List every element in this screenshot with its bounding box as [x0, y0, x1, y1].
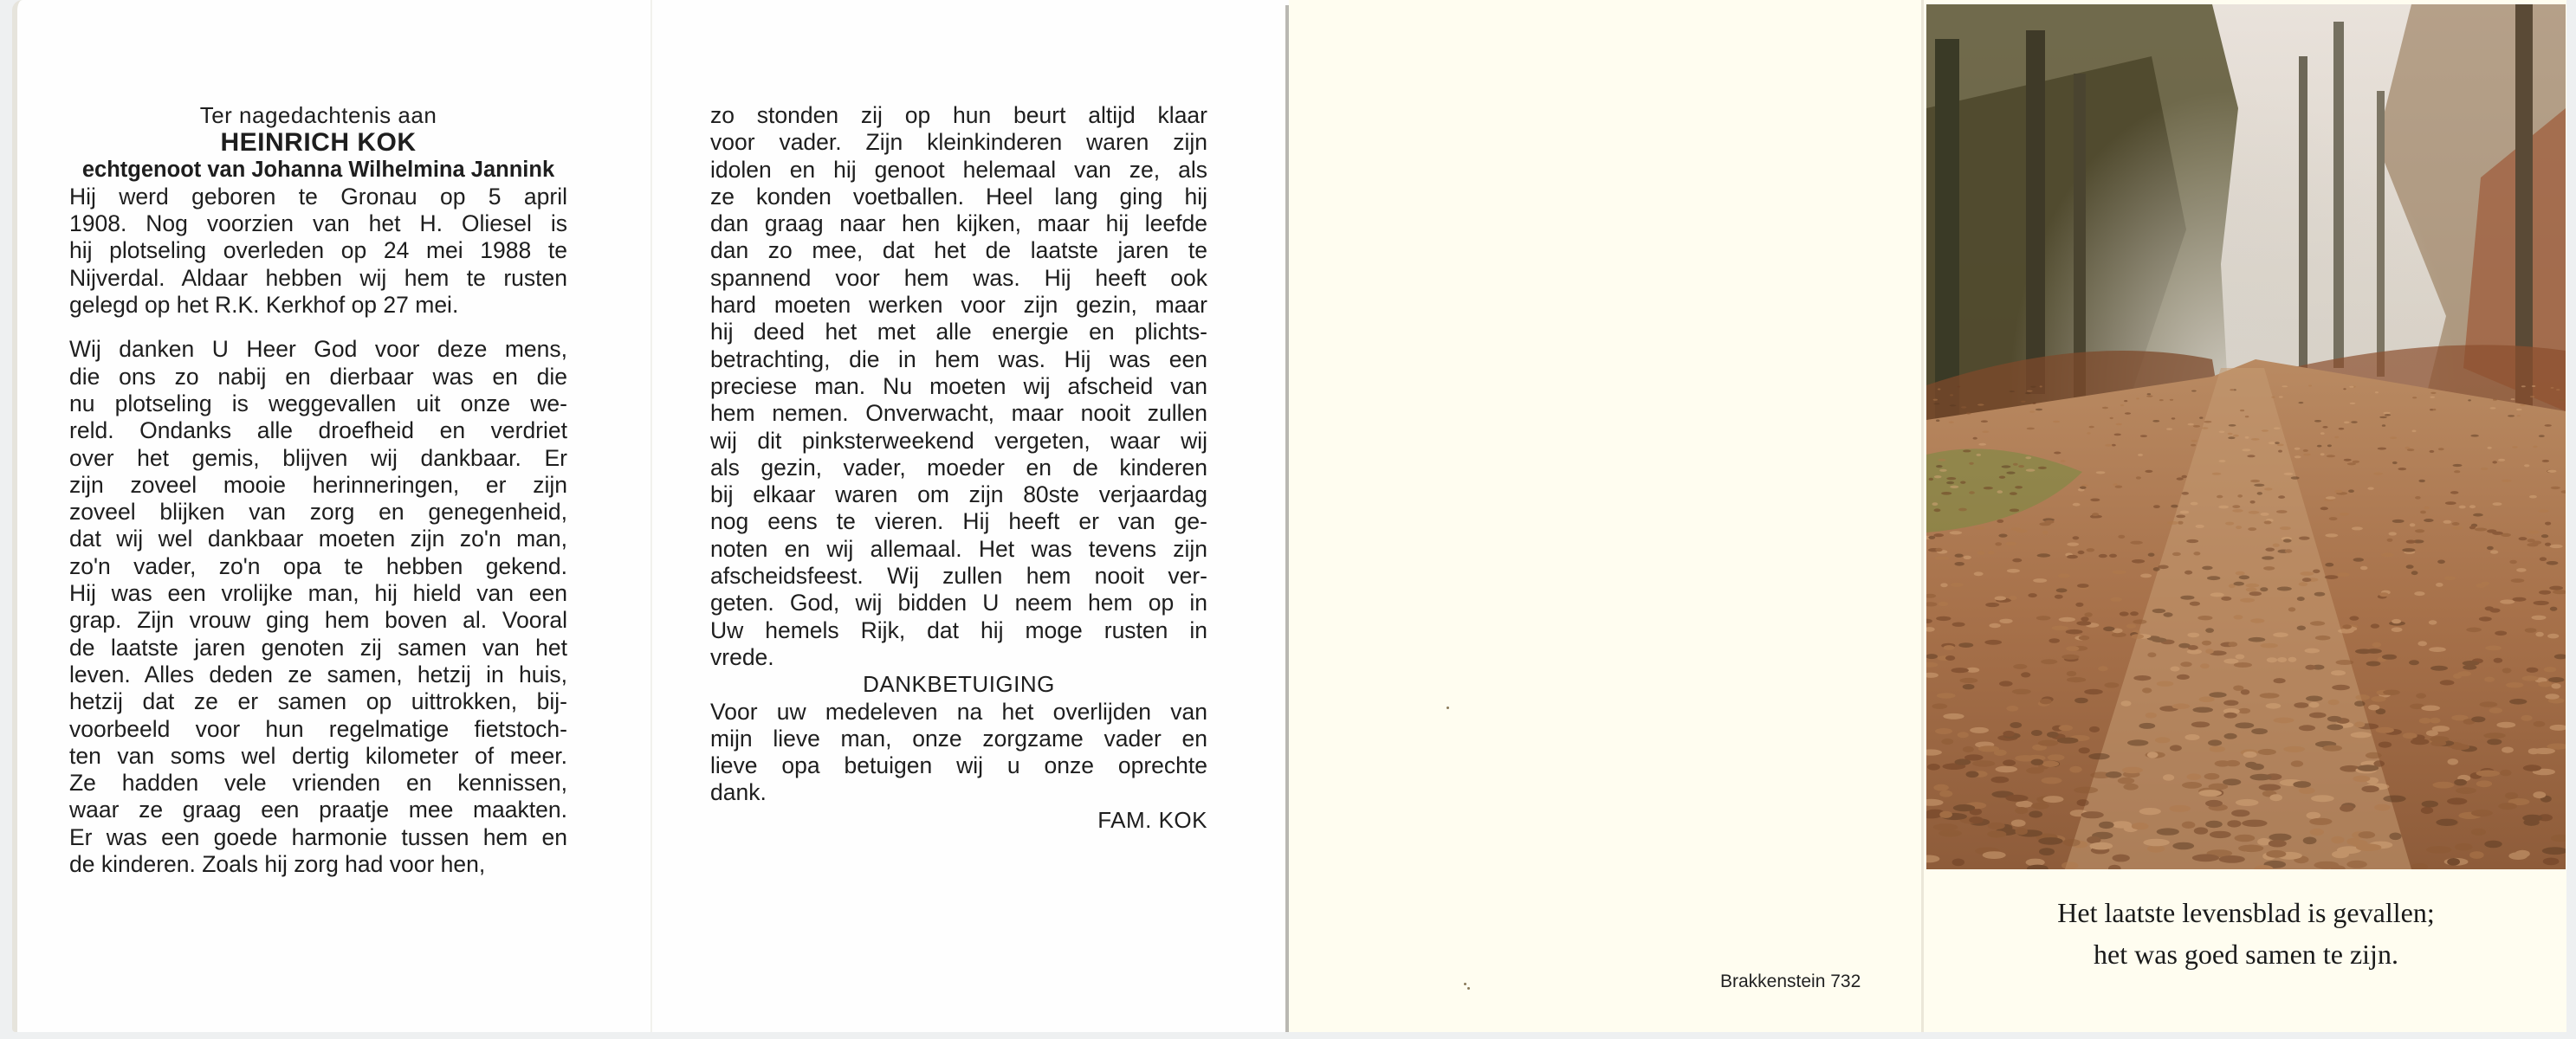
biography: Hij werd geboren te Gronau op 5 april190… — [69, 184, 567, 878]
text-line: dan zo mee, dat het de laatste jaren te — [710, 237, 1207, 264]
text-line: hij deed het met alle energie en plichts… — [710, 319, 1207, 345]
text-line: als gezin, vader, moeder en de kinderen — [710, 455, 1207, 481]
text-line: dank. — [710, 779, 1207, 806]
paper-speck — [1447, 707, 1449, 709]
text-line: Ze hadden vele vrienden en kennissen, — [69, 770, 567, 797]
text-line: zijn zoveel mooie herinneringen, er zijn — [69, 472, 567, 499]
column-right: zo stonden zij op hun beurt altijd klaar… — [710, 102, 1207, 834]
text-line: hem nemen. Onverwacht, maar nooit zullen — [710, 400, 1207, 427]
text-line: vrede. — [710, 644, 1207, 671]
center-crease — [650, 0, 652, 1032]
text-line: ze konden voetballen. Heel lang ging hij — [710, 184, 1207, 210]
quote-line-1: Het laatste levensblad is gevallen; — [1926, 892, 2566, 933]
text-line: zoveel blijken van zorg en genegenheid, — [69, 499, 567, 526]
text-line: Er was een goede harmonie tussen hem en — [69, 824, 567, 851]
text-line: Voor uw medeleven na het overlijden van — [710, 699, 1207, 726]
text-line: Wij danken U Heer God voor deze mens, — [69, 336, 567, 363]
paper-speck — [1464, 983, 1466, 985]
spouse-line: echtgenoot van Johanna Wilhelmina Jannin… — [69, 157, 567, 184]
text-line: wij dit pinksterweekend vergeten, waar w… — [710, 428, 1207, 455]
text-line: preciese man. Nu moeten wij afscheid van — [710, 373, 1207, 400]
deceased-name: HEINRICH KOK — [69, 129, 567, 156]
autumn-path-image — [1926, 4, 2566, 869]
quote-line-2: het was goed samen te zijn. — [1926, 933, 2566, 975]
text-line: nog eens te vieren. Hij heeft er van ge- — [710, 508, 1207, 535]
text-line: voorbeeld voor hun regelmatige fietstoch… — [69, 716, 567, 743]
text-line: nu plotseling is weggevallen uit onze we… — [69, 390, 567, 417]
text-line: de laatste jaren genoten zij samen van h… — [69, 635, 567, 661]
text-line: waar ze graag een praatje mee maakten. — [69, 797, 567, 823]
text-line: Nijverdal. Aldaar hebben wij hem te rust… — [69, 265, 567, 292]
text-line: hard moeten werken voor zijn gezin, maar — [710, 292, 1207, 319]
text-line: reld. Ondanks alle droefheid en verdriet — [69, 417, 567, 444]
text-line: die ons zo nabij en dierbaar was en die — [69, 364, 567, 390]
text-line: dat wij wel dankbaar moeten zijn zo'n ma… — [69, 526, 567, 552]
text-line: leven. Alles deden ze samen, hetzij in h… — [69, 661, 567, 688]
text-line: idolen en hij genoot helemaal van ze, al… — [710, 157, 1207, 184]
text-line: Hij was een vrolijke man, hij hield van … — [69, 580, 567, 607]
text-line: bij elkaar waren om zijn 80ste verjaarda… — [710, 481, 1207, 508]
biography-paragraph: Hij werd geboren te Gronau op 5 april190… — [69, 184, 567, 319]
text-line: dan graag naar hen kijken, maar hij leef… — [710, 210, 1207, 237]
text-line: zo'n vader, zo'n opa te hebben gekend. — [69, 553, 567, 580]
text-line: noten en wij allemaal. Het was tevens zi… — [710, 536, 1207, 563]
text-line: voor vader. Zijn kleinkinderen waren zij… — [710, 129, 1207, 156]
text-line: betrachting, die in hem was. Hij was een — [710, 346, 1207, 373]
text-line: ten van soms wel dertig kilometer of mee… — [69, 743, 567, 770]
photo-panel-fold — [1921, 0, 1924, 1032]
text-line: gelegd op het R.K. Kerkhof op 27 mei. — [69, 292, 567, 319]
text-line: 1908. Nog voorzien van het H. Oliesel is — [69, 210, 567, 237]
paper-speck — [1467, 987, 1470, 990]
text-line: geten. God, wij bidden U neem hem op in — [710, 590, 1207, 616]
thanks-heading: DANKBETUIGING — [710, 671, 1207, 698]
column-left: Ter nagedachtenis aan HEINRICH KOK echtg… — [69, 102, 567, 878]
text-line: lieve opa betuigen wij u onze oprechte — [710, 752, 1207, 779]
text-line: afscheidsfeest. Wij zullen hem nooit ver… — [710, 563, 1207, 590]
text-line: hetzij dat ze er samen op uittrokken, bi… — [69, 688, 567, 715]
text-line: spannend voor hem was. Hij heeft ook — [710, 265, 1207, 292]
text-line: hij plotseling overleden op 24 mei 1988 … — [69, 237, 567, 264]
forest-photo — [1926, 4, 2566, 869]
text-line: zo stonden zij op hun beurt altijd klaar — [710, 102, 1207, 129]
biography-paragraph: Wij danken U Heer God voor deze mens,die… — [69, 336, 567, 878]
publisher-code: Brakkenstein 732 — [1720, 971, 1861, 992]
text-line: Hij werd geboren te Gronau op 5 april — [69, 184, 567, 210]
memorial-intro: Ter nagedachtenis aan — [69, 102, 567, 129]
biography-continued: zo stonden zij op hun beurt altijd klaar… — [710, 102, 1207, 671]
text-line: Uw hemels Rijk, dat hij moge rusten in — [710, 617, 1207, 644]
thanks-text: Voor uw medeleven na het overlijden vanm… — [710, 699, 1207, 807]
text-line: mijn lieve man, onze zorgzame vader en — [710, 726, 1207, 752]
memorial-quote: Het laatste levensblad is gevallen; het … — [1926, 892, 2566, 975]
text-line: grap. Zijn vrouw ging hem boven al. Voor… — [69, 607, 567, 634]
text-line: de kinderen. Zoals hij zorg had voor hen… — [69, 851, 567, 878]
family-signature: FAM. KOK — [710, 807, 1207, 834]
text-line: over het gemis, blijven wij dankbaar. Er — [69, 445, 567, 472]
